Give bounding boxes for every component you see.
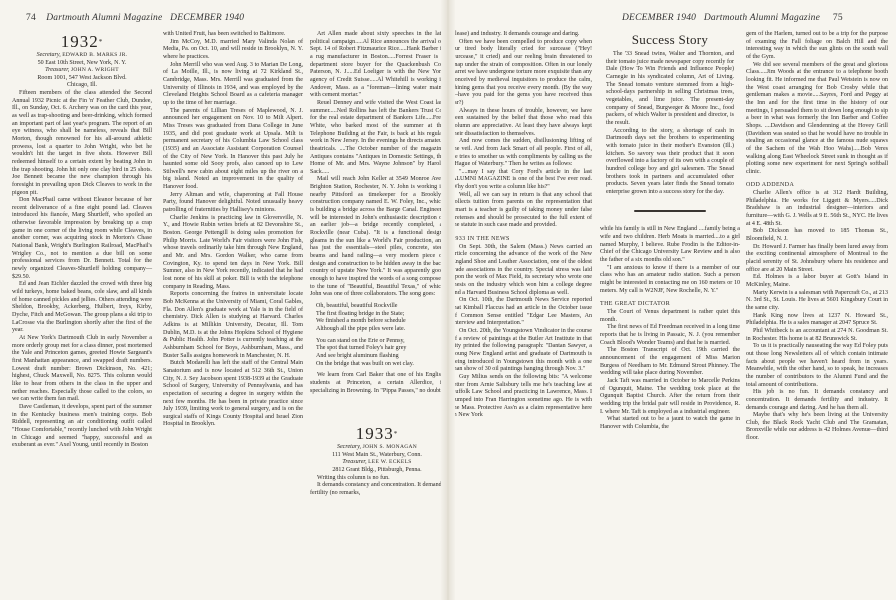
paragraph: On Oct. 20th, the Youngstown Vindicator …	[452, 328, 592, 374]
issue-date: DECEMBER 1940	[170, 13, 244, 23]
paragraph: Often we have been compelled to produce …	[452, 39, 592, 108]
paragraph: while his family is still in New England…	[600, 226, 740, 264]
success-story-title: Success Story	[600, 32, 740, 47]
paragraph: To us it is practically nauseating the w…	[746, 343, 888, 389]
paragraph: According to the story, a shortage of ca…	[606, 128, 734, 197]
treasurer-address: 2812 Grant Bldg., Pittsburgh, Penna.	[310, 467, 444, 475]
treasurer-city: Chicago, Ill.	[12, 82, 152, 90]
paragraph: Well, all we can say in return is that a…	[452, 192, 592, 230]
class-1932-heading: 1932*	[12, 33, 152, 51]
paragraph: Phil Whitbeck is an accountant at 274 N.…	[746, 328, 888, 343]
right-running-head: DECEMBER 1940 Dartmouth Alumni Magazine …	[622, 13, 843, 23]
magazine-title: Dartmouth Alumni Magazine	[46, 13, 162, 23]
paragraph: The parents of Lillian Treses of Maplewo…	[163, 108, 303, 192]
paragraph: It demands constancy and concentration. …	[310, 482, 444, 497]
left-column-3: Art Allen made about sixty speeches in t…	[310, 31, 444, 498]
paragraph: The '33 Snead twins, Walter and Thornton…	[606, 51, 734, 128]
paragraph: Always in these hours of trouble, howeve…	[452, 108, 592, 139]
paragraph: please) and industry. It demands courage…	[452, 31, 592, 39]
paragraph: Art Allen made about sixty speeches in t…	[310, 31, 444, 100]
success-story-box: The '33 Snead twins, Walter and Thornton…	[600, 51, 740, 196]
paragraph: Jack Taft was married in October to Marc…	[600, 378, 740, 416]
magazine-title: Dartmouth Alumni Magazine	[704, 13, 820, 23]
song-verse-1: Oh, beautiful, beautiful Rockville The f…	[316, 303, 444, 334]
paragraph: Butch Modarelli has left the staff of th…	[163, 360, 303, 429]
paragraph: The Boston Transcript of Oct. 19th carri…	[600, 347, 740, 378]
issue-date: DECEMBER 1940	[622, 13, 696, 23]
paragraph: John Merrill who was wed Aug. 3 to Maria…	[163, 62, 303, 108]
paragraph: Ed. Holmes is a labor buyer at Gott's Is…	[746, 274, 888, 289]
paragraph: Fifteen members of the class attended th…	[12, 90, 152, 197]
paragraph: Don MacPhail came without Eleanor becaus…	[12, 197, 152, 281]
secretary-address: 50 East 10th Street, New York, N. Y.	[12, 60, 152, 68]
paragraph: Writing this column is no fun.	[310, 475, 444, 483]
paragraph: Charlie Jenkins is practicing law in Glo…	[163, 215, 303, 292]
paragraph: "I am anxious to know if there is a memb…	[600, 265, 740, 296]
paragraph: Reports concerning the fratres in univer…	[163, 291, 303, 360]
paragraph: Marty Kerwin is a salesman with Papercra…	[746, 290, 888, 313]
right-column-1: please) and industry. It demands courage…	[452, 31, 592, 420]
paragraph: On Sept. 30th, the Salem (Mass.) News ca…	[452, 244, 592, 298]
paragraph: Jerry Altman and wife, chaperoning at Fa…	[163, 192, 303, 215]
right-column-2: Success Story The '33 Snead twins, Walte…	[600, 31, 740, 432]
treasurer-address: Room 1001, 547 West Jackson Blvd.	[12, 75, 152, 83]
class-1933-heading: 1933*	[310, 425, 444, 443]
left-page: 74 Dartmouth Alumni Magazine DECEMBER 19…	[0, 0, 448, 600]
great-dictator-subhead: THE GREAT DICTATOR	[600, 301, 740, 309]
news-subhead: 1933 IN THE NEWS	[452, 236, 592, 244]
page-gutter	[441, 0, 455, 600]
paragraph: gem of the Harlem, turned out to be a tr…	[746, 31, 888, 62]
paragraph: On Oct. 10th, the Dartmouth News Service…	[452, 297, 592, 328]
paragraph: "....may I say that Cory Ford's article …	[452, 169, 592, 192]
paragraph: His job is no fun. It demands constancy …	[746, 389, 888, 412]
secretary-line: Secretary, JOHN S. MONAGAN	[310, 444, 444, 452]
secretary-address: 111 West Main St., Waterbury, Conn.	[310, 452, 444, 460]
paragraph: Maybe that's why he's been living at the…	[746, 412, 888, 443]
section-divider	[634, 210, 706, 212]
paragraph: And now comes the sudden, disillusioning…	[452, 138, 592, 169]
left-column-2: with United Fruit, has been switched to …	[163, 31, 303, 429]
paragraph: We learn from Carl Baker that one of his…	[310, 372, 444, 395]
paragraph: What started out to be a jaunt to watch …	[600, 416, 740, 431]
page-number-74: 74	[26, 13, 36, 23]
paragraph: Bob Dickson has moved to 185 Thomas St.,…	[746, 228, 888, 243]
paragraph: Jim McCoy, M.D. married Mary Valinda Nol…	[163, 39, 303, 62]
paragraph: At New York's Dartmouth Club in early No…	[12, 335, 152, 404]
paragraph: Hank King now lives at 1237 N. Howard St…	[746, 313, 888, 328]
paragraph: Charlie Allen's office is at 312 Hardt B…	[746, 190, 888, 228]
paragraph: with United Fruit, has been switched to …	[163, 31, 303, 39]
page-number-75: 75	[833, 13, 843, 23]
secretary-line: Secretary, EDWARD B. MARKS JR.	[12, 52, 152, 60]
right-page: DECEMBER 1940 Dartmouth Alumni Magazine …	[448, 0, 896, 600]
odd-addenda-subhead: ODD ADDENDA	[746, 182, 888, 190]
paragraph: Dave Castleman, it develops, spent part …	[12, 404, 152, 450]
paragraph: Mail will reach John Keller at 3549 Monr…	[310, 176, 444, 299]
left-column-1: 1932* Secretary, EDWARD B. MARKS JR. 50 …	[12, 31, 152, 450]
song-verse-2: You can stand on the Erie or Pennsy, The…	[316, 338, 444, 369]
left-running-head: 74 Dartmouth Alumni Magazine DECEMBER 19…	[26, 13, 244, 23]
treasurer-line: Treasurer, LEE W. ECKELS	[310, 459, 444, 467]
paragraph: We did see several members of the great …	[746, 62, 888, 177]
right-column-3: gem of the Harlem, turned out to be a tr…	[746, 31, 888, 443]
paragraph: Ed and Jean Eichler dazzled the crowd wi…	[12, 281, 152, 335]
paragraph: Guy Milius sends on the following bits: …	[452, 374, 592, 420]
paragraph: Dr. Howard J. Farmer has finally been lu…	[746, 244, 888, 275]
paragraph: The first news of Ed Freedman received i…	[600, 324, 740, 347]
paragraph: Reuel Denney and wife visited the West C…	[310, 100, 444, 177]
treasurer-line: Treasurer, JOHN A. WRIGHT	[12, 67, 152, 75]
paragraph: The Court of Venus department is rather …	[600, 309, 740, 324]
